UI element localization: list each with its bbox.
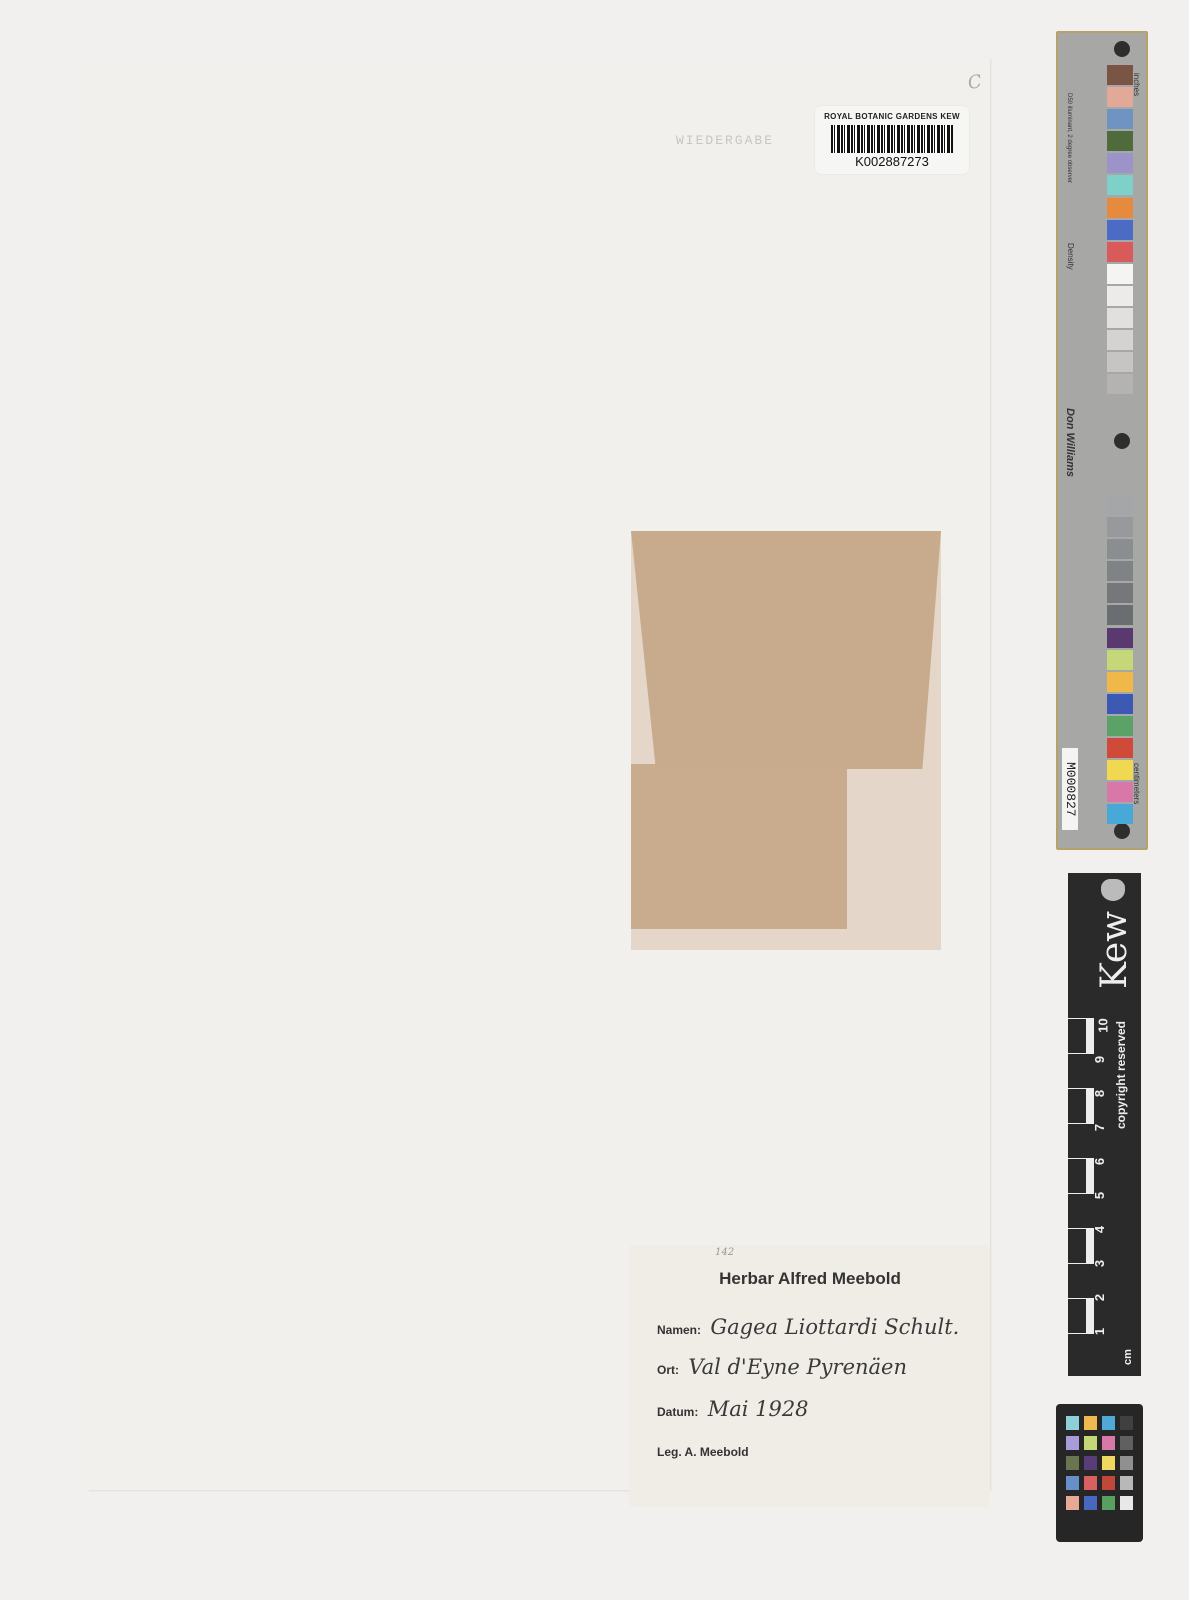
color-patch <box>1084 1496 1097 1510</box>
field-value: Val d'Eyne Pyrenäen <box>688 1355 907 1379</box>
color-calibration-strip: inches centimeters D50 illuminant, 2 deg… <box>1056 31 1148 850</box>
collector: Leg. A. Meebold <box>657 1445 749 1459</box>
color-swatch <box>1107 198 1133 218</box>
copyright-label: copyright reserved <box>1114 1021 1128 1129</box>
color-patch <box>1120 1456 1133 1470</box>
scale-numbers: 10987654321 <box>1096 1018 1114 1358</box>
density-label: Density <box>1066 243 1075 270</box>
corner-pencil-mark: C <box>966 71 983 94</box>
color-swatch <box>1107 330 1133 350</box>
field-ort: Ort: Val d'Eyne Pyrenäen <box>657 1355 907 1379</box>
scale-number: 7 <box>1092 1124 1107 1131</box>
color-swatch <box>1107 153 1133 173</box>
field-label: Ort: <box>657 1363 679 1377</box>
color-swatch <box>1107 539 1133 559</box>
envelope-flap[interactable] <box>631 531 941 769</box>
swatches-top <box>1107 65 1133 396</box>
illuminant-note: D50 illuminant, 2 degree observer <box>1066 93 1072 183</box>
color-swatch <box>1107 242 1133 262</box>
scale-number: 5 <box>1092 1192 1107 1199</box>
color-swatch <box>1107 716 1133 736</box>
scale-number: 8 <box>1092 1090 1107 1097</box>
color-patch <box>1066 1496 1079 1510</box>
color-patch <box>1120 1496 1133 1510</box>
scale-number: 10 <box>1096 1018 1111 1032</box>
color-patch <box>1102 1456 1115 1470</box>
color-swatch <box>1107 87 1133 107</box>
field-label: Datum: <box>657 1405 698 1419</box>
label-title: Herbar Alfred Meebold <box>630 1269 990 1289</box>
envelope-pocket <box>631 764 847 929</box>
color-swatch <box>1107 374 1133 394</box>
scale-number: 3 <box>1092 1260 1107 1267</box>
color-patch <box>1120 1476 1133 1490</box>
color-swatch <box>1107 517 1133 537</box>
scale-number: 6 <box>1092 1158 1107 1165</box>
field-label: Namen: <box>657 1323 701 1337</box>
color-swatch <box>1107 308 1133 328</box>
strip-id-label: M000827 <box>1062 748 1078 830</box>
specimen-envelope[interactable] <box>631 531 941 950</box>
swatches-bottom <box>1107 495 1133 826</box>
color-patch <box>1120 1416 1133 1430</box>
color-swatch <box>1107 672 1133 692</box>
color-swatch <box>1107 650 1133 670</box>
color-swatch <box>1107 352 1133 372</box>
color-swatch <box>1107 628 1133 648</box>
field-value: Gagea Liottardi Schult. <box>710 1315 959 1339</box>
color-swatch <box>1107 760 1133 780</box>
color-patch <box>1066 1456 1079 1470</box>
field-namen: Namen: Gagea Liottardi Schult. <box>657 1315 959 1339</box>
scale-number: 9 <box>1092 1056 1107 1063</box>
color-patch <box>1084 1456 1097 1470</box>
barcode-number: K002887273 <box>815 154 969 169</box>
color-swatch <box>1107 286 1133 306</box>
color-swatch <box>1107 804 1133 824</box>
color-patch <box>1066 1476 1079 1490</box>
color-swatch <box>1107 583 1133 603</box>
centimeters-label: centimeters <box>1132 763 1141 804</box>
strip-hole-icon <box>1114 433 1130 449</box>
color-patch <box>1084 1476 1097 1490</box>
color-patch <box>1102 1416 1115 1430</box>
color-patch <box>1102 1496 1115 1510</box>
color-swatch <box>1107 738 1133 758</box>
scale-number: 2 <box>1092 1294 1107 1301</box>
scale-number: 1 <box>1092 1328 1107 1335</box>
color-patch <box>1120 1436 1133 1450</box>
field-datum: Datum: Mai 1928 <box>657 1397 809 1421</box>
color-patch <box>1102 1476 1115 1490</box>
color-swatch <box>1107 131 1133 151</box>
faded-stamp: WIEDERGABE <box>676 133 774 148</box>
color-swatch <box>1107 175 1133 195</box>
color-swatch <box>1107 561 1133 581</box>
color-swatch <box>1107 495 1133 515</box>
color-patch <box>1084 1416 1097 1430</box>
color-checker-card <box>1056 1404 1143 1542</box>
color-swatch <box>1107 782 1133 802</box>
kew-logo: Kew <box>1094 911 1135 989</box>
color-patch <box>1066 1416 1079 1430</box>
strip-hole-icon <box>1114 41 1130 57</box>
inches-label: inches <box>1132 73 1141 96</box>
herbarium-label: 142 Herbar Alfred Meebold Namen: Gagea L… <box>630 1245 990 1507</box>
institution-name: ROYAL BOTANIC GARDENS KEW <box>815 112 969 121</box>
scale-ticks <box>1068 1018 1094 1368</box>
field-value: Mai 1928 <box>708 1397 809 1421</box>
unit-label: cm <box>1122 1349 1134 1365</box>
kew-crest-icon <box>1101 879 1125 901</box>
barcode-label: ROYAL BOTANIC GARDENS KEW K002887273 <box>815 106 969 174</box>
color-swatch <box>1107 109 1133 129</box>
color-patch <box>1084 1436 1097 1450</box>
color-swatch <box>1107 220 1133 240</box>
color-patch <box>1066 1436 1079 1450</box>
color-swatch <box>1107 605 1133 625</box>
color-swatch <box>1107 264 1133 284</box>
kew-scale-bar: Kew 10987654321 copyright reserved cm <box>1068 873 1141 1376</box>
scale-number: 4 <box>1092 1226 1107 1233</box>
color-patch <box>1102 1436 1115 1450</box>
label-number: 142 <box>715 1247 734 1258</box>
barcode-icon <box>831 125 953 153</box>
color-patches <box>1066 1416 1133 1510</box>
color-swatch <box>1107 694 1133 714</box>
color-swatch <box>1107 65 1133 85</box>
brand-label: Don Williams <box>1064 408 1076 477</box>
